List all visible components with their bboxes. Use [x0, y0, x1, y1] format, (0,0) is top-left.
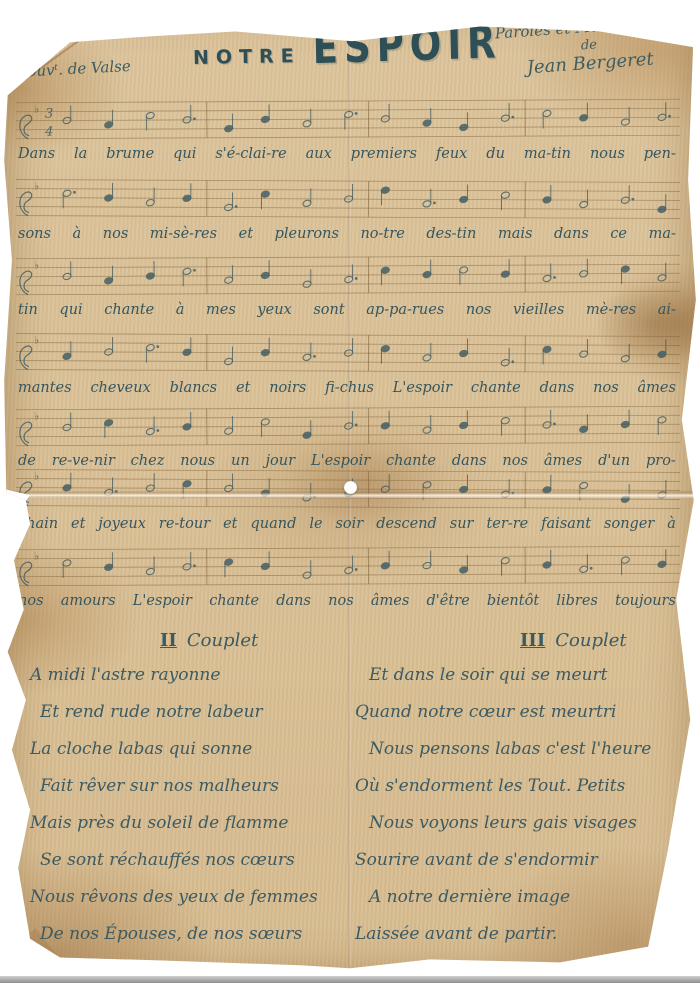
lyric-word: descend	[376, 516, 437, 532]
lyric-word: mes	[206, 302, 236, 318]
lyric-word: sont	[313, 302, 344, 318]
verse-line: A midi l'astre rayonne	[30, 657, 345, 694]
lyric-line: mantescheveuxblancsetnoirsfi-chusL'espoi…	[18, 380, 676, 396]
flat-sign: ♭	[34, 259, 39, 272]
dot	[631, 198, 634, 201]
staff-system: ♭	[14, 329, 682, 378]
dot	[156, 429, 159, 432]
lyric-word: à	[667, 516, 676, 532]
dot	[590, 567, 593, 570]
dot	[313, 355, 316, 358]
lyric-word: dans	[540, 380, 575, 396]
lyric-word: noirs	[269, 380, 306, 396]
flat-sign: ♭	[34, 180, 39, 193]
lyric-word: L'espoir	[393, 380, 452, 396]
clef-icon	[20, 422, 32, 446]
dot	[553, 276, 556, 279]
lyric-word: à	[176, 302, 185, 318]
verse-2-heading-word: Couplet	[187, 630, 258, 651]
lyric-line: chainetjoyeuxre-touretquandlesoirdescend…	[18, 516, 676, 532]
staff-lines-and-notes: ♭34	[14, 94, 682, 143]
verse-line: A notre dernière image	[369, 879, 690, 916]
verse-line: Nous pensons labas c'est l'heure	[369, 731, 690, 768]
verse-3-numeral: III	[520, 630, 545, 651]
lyric-line: Danslabrumequis'é-clai-reauxpremiersfeux…	[18, 146, 676, 162]
lyric-line: sonsànosmi-sè-resetpleuronsno-tredes-tin…	[18, 226, 676, 242]
lyric-word: mè-res	[586, 302, 636, 318]
dot	[511, 116, 514, 119]
lyric-word: blancs	[170, 380, 217, 396]
scan-background: Mouvᵗ. de Valse NOTRE ESPOIR Paroles et …	[0, 0, 700, 983]
flat-sign: ♭	[34, 103, 39, 116]
lyric-word: ma-	[649, 226, 676, 242]
clef-icon	[20, 192, 32, 216]
lyric-word: ma-tin	[524, 146, 571, 162]
time-signature: 3	[45, 107, 53, 122]
lyric-line: nosamoursL'espoirchantedansnosâmesd'être…	[18, 593, 676, 609]
verse-line: Sourire avant de s'endormir	[355, 842, 690, 879]
lyric-word: fi-chus	[325, 380, 374, 396]
staff-lines-and-notes: ♭	[14, 541, 682, 590]
verse-line: Et rend rude notre labeur	[40, 694, 345, 731]
verse-line: Et dans le soir qui se meurt	[369, 657, 690, 694]
staff-lines-and-notes: ♭	[14, 329, 682, 378]
verse-2-lines: A midi l'astre rayonneEt rend rude notre…	[30, 657, 345, 953]
staff-lines-and-notes: ♭	[14, 175, 682, 224]
lyric-word: âmes	[637, 380, 675, 396]
lyric-word: nos	[593, 380, 619, 396]
dot	[355, 424, 358, 427]
dot	[355, 568, 358, 571]
verse-2-heading: IICouplet	[160, 630, 345, 651]
lyric-word: pen-	[644, 146, 676, 162]
lyric-word: tin	[18, 302, 38, 318]
lyric-word: quand	[250, 516, 296, 532]
lyric-word: feux	[436, 146, 467, 162]
dot	[433, 201, 436, 204]
lyric-word: yeux	[257, 302, 291, 318]
clef-icon	[20, 562, 32, 586]
lyric-word: chante	[209, 593, 259, 609]
lyric-word: la	[74, 146, 87, 162]
lyric-word: nos	[466, 302, 492, 318]
verse-couplet-2: IICouplet A midi l'astre rayonneEt rend …	[30, 630, 345, 953]
verse-line: Nous rêvons des yeux de femmes	[30, 879, 345, 916]
lyric-word: mais	[498, 226, 532, 242]
lyric-word: songer	[604, 516, 654, 532]
clef-icon	[20, 115, 32, 139]
lyric-word: des-tin	[426, 226, 476, 242]
lyric-word: qui	[173, 146, 196, 162]
lyric-word: qui	[59, 302, 82, 318]
lyric-word: ap-pa-rues	[366, 302, 444, 318]
verse-line: Quand notre cœur est meurtri	[355, 694, 690, 731]
flat-sign: ♭	[34, 550, 39, 563]
lyric-word: chante	[104, 302, 154, 318]
lyric-word: toujours	[615, 593, 676, 609]
lyric-word: nos	[103, 226, 129, 242]
staff-lines-and-notes: ♭	[14, 401, 682, 450]
staff-system: ♭	[14, 541, 682, 590]
lyric-word: bientôt	[487, 593, 539, 609]
punch-hole	[344, 481, 357, 494]
verse-line: La cloche labas qui sonne	[30, 731, 345, 768]
verse-line: Se sont réchauffés nos cœurs	[40, 842, 345, 879]
verse-line: Mais près du soleil de flamme	[30, 805, 345, 842]
lyric-word: dans	[554, 226, 589, 242]
verse-3-lines: Et dans le soir qui se meurtQuand notre …	[355, 657, 690, 953]
lyric-word: pleurons	[275, 226, 339, 242]
dot	[668, 115, 671, 118]
dot	[156, 345, 159, 348]
lyric-line: tinquichanteàmesyeuxsontap-pa-ruesnosvie…	[18, 302, 676, 318]
lyric-word: s'é-clai-re	[215, 146, 286, 162]
lyric-word: le	[309, 516, 322, 532]
clef-icon	[20, 271, 32, 295]
lyric-word: d'être	[427, 593, 470, 609]
staff-system: ♭34	[14, 94, 682, 143]
lyric-word: nous	[590, 146, 625, 162]
lyric-word: sons	[18, 226, 51, 242]
lyric-word: no-tre	[360, 226, 404, 242]
verse-3-heading-word: Couplet	[555, 630, 626, 651]
verse-line: Où s'endorment les Tout. Petits	[355, 768, 690, 805]
lyric-word: dans	[276, 593, 311, 609]
dot	[193, 117, 196, 120]
manuscript-paper: Mouvᵗ. de Valse NOTRE ESPOIR Paroles et …	[0, 0, 700, 983]
dot	[355, 277, 358, 280]
lyric-word: vieilles	[513, 302, 564, 318]
lyric-word: mi-sè-res	[150, 226, 217, 242]
lyric-word: âmes	[371, 593, 409, 609]
staff-system: ♭	[14, 401, 682, 450]
dot	[355, 112, 358, 115]
lyric-word: joyeux	[98, 516, 146, 532]
lyric-word: Dans	[18, 146, 55, 162]
clef-icon	[20, 346, 32, 370]
time-signature: 4	[44, 125, 53, 140]
dot	[235, 205, 238, 208]
lyric-word: cheveux	[90, 380, 150, 396]
lyric-word: aux	[306, 146, 332, 162]
lyric-word: brume	[106, 146, 154, 162]
dot	[511, 360, 514, 363]
lyric-word: mantes	[18, 380, 72, 396]
scanner-edge-strip	[0, 976, 700, 983]
staff-system: ♭	[14, 175, 682, 224]
dot	[193, 564, 196, 567]
verse-line: Fait rêver sur nos malheurs	[40, 768, 345, 805]
lyric-word: ce	[610, 226, 627, 242]
dot	[553, 423, 556, 426]
dot	[193, 269, 196, 272]
lyric-word: à	[73, 226, 82, 242]
lyric-word: et	[239, 226, 253, 242]
dot	[73, 191, 76, 194]
staff-system: ♭	[14, 250, 682, 299]
lyric-word: L'espoir	[133, 593, 192, 609]
lyric-word: ter-re	[486, 516, 528, 532]
verse-line: Laissée avant de partir.	[355, 916, 690, 953]
lyric-word: nos	[18, 593, 44, 609]
lyric-word: amours	[61, 593, 116, 609]
verse-3-heading: IIICouplet	[520, 630, 690, 651]
lyric-word: premiers	[351, 146, 417, 162]
lyric-word: faisant	[541, 516, 591, 532]
lyric-word: chante	[471, 380, 521, 396]
lyric-word: du	[486, 146, 505, 162]
flat-sign: ♭	[34, 470, 39, 483]
lyric-word: libres	[556, 593, 598, 609]
verse-couplet-3: IIICouplet Et dans le soir qui se meurtQ…	[355, 630, 690, 953]
flat-sign: ♭	[34, 410, 39, 423]
staff-lines-and-notes: ♭	[14, 250, 682, 299]
lyric-word: ai-	[658, 302, 676, 318]
lyric-word: re-tour	[159, 516, 210, 532]
lyric-word: et	[223, 516, 237, 532]
lyric-word: chain	[18, 516, 58, 532]
lyric-word: nos	[328, 593, 354, 609]
verse-line: Nous voyons leurs gais visages	[369, 805, 690, 842]
lyric-word: soir	[335, 516, 363, 532]
lyric-word: et	[236, 380, 250, 396]
flat-sign: ♭	[34, 334, 39, 347]
verse-2-numeral: II	[160, 630, 177, 651]
lyric-word: sur	[450, 516, 474, 532]
lyric-word: et	[71, 516, 85, 532]
verse-line: De nos Épouses, de nos sœurs	[40, 916, 345, 953]
